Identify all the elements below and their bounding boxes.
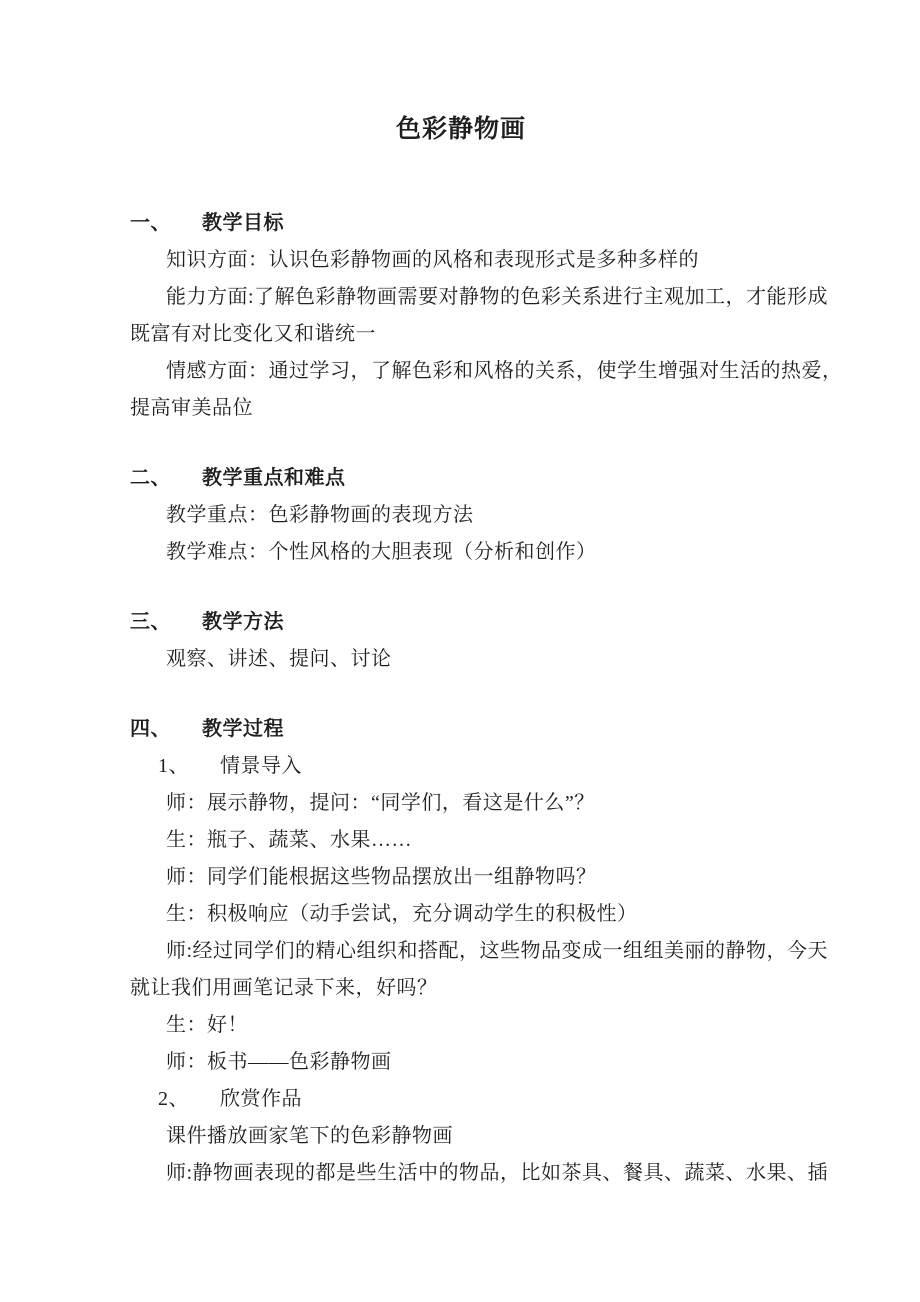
section-heading: 四、教学过程 <box>130 711 792 748</box>
section-heading: 一、教学目标 <box>130 205 792 242</box>
section-heading: 二、教学重点和难点 <box>130 460 792 497</box>
item-number: 三、 <box>130 604 202 641</box>
text-line: 生：瓶子、蔬菜、水果…… <box>130 822 792 859</box>
text-line: 生：好！ <box>130 1007 792 1044</box>
text-line: 课件播放画家笔下的色彩静物画 <box>130 1118 792 1155</box>
item-text: 情景导入 <box>220 755 302 777</box>
list-item: 1、情景导入 <box>130 748 792 785</box>
document-body: 一、教学目标知识方面：认识色彩静物画的风格和表现形式是多种多样的能力方面:了解色… <box>130 205 792 1192</box>
document-page: 色彩静物画 一、教学目标知识方面：认识色彩静物画的风格和表现形式是多种多样的能力… <box>0 0 920 1302</box>
item-text: 教学过程 <box>202 718 284 740</box>
text-line: 师：展示静物，提问：“同学们，看这是什么”？ <box>130 785 792 822</box>
text-line: 情感方面：通过学习，了解色彩和风格的关系，使学生增强对生活的热爱， <box>130 353 792 390</box>
item-number: 四、 <box>130 711 202 748</box>
item-text: 欣赏作品 <box>220 1088 302 1110</box>
text-line: 教学难点：个性风格的大胆表现（分析和创作） <box>130 534 792 571</box>
text-line: 生：积极响应（动手尝试，充分调动学生的积极性） <box>130 896 792 933</box>
list-item: 2、欣赏作品 <box>130 1081 792 1118</box>
text-line: 师:静物画表现的都是些生活中的物品，比如茶具、餐具、蔬菜、水果、插 <box>130 1155 792 1192</box>
text-line: 能力方面:了解色彩静物画需要对静物的色彩关系进行主观加工，才能形成 <box>130 279 792 316</box>
text-line: 观察、讲述、提问、讨论 <box>130 641 792 678</box>
item-number: 一、 <box>130 205 202 242</box>
item-number: 1、 <box>158 748 220 785</box>
text-line: 知识方面：认识色彩静物画的风格和表现形式是多种多样的 <box>130 242 792 279</box>
document-title: 色彩静物画 <box>130 110 792 148</box>
text-line: 师：同学们能根据这些物品摆放出一组静物吗？ <box>130 859 792 896</box>
item-text: 教学方法 <box>202 611 284 633</box>
text-line: 师:经过同学们的精心组织和搭配，这些物品变成一组组美丽的静物，今天 <box>130 933 792 970</box>
document-content: 色彩静物画 一、教学目标知识方面：认识色彩静物画的风格和表现形式是多种多样的能力… <box>130 110 792 1192</box>
text-line: 既富有对比变化又和谐统一 <box>130 316 792 353</box>
item-text: 教学目标 <box>202 212 284 234</box>
item-number: 2、 <box>158 1081 220 1118</box>
section-heading: 三、教学方法 <box>130 604 792 641</box>
text-line: 就让我们用画笔记录下来，好吗？ <box>130 970 792 1007</box>
text-line: 提高审美品位 <box>130 390 792 427</box>
item-number: 二、 <box>130 460 202 497</box>
text-line: 教学重点：色彩静物画的表现方法 <box>130 497 792 534</box>
item-text: 教学重点和难点 <box>202 467 346 489</box>
text-line: 师：板书——色彩静物画 <box>130 1044 792 1081</box>
